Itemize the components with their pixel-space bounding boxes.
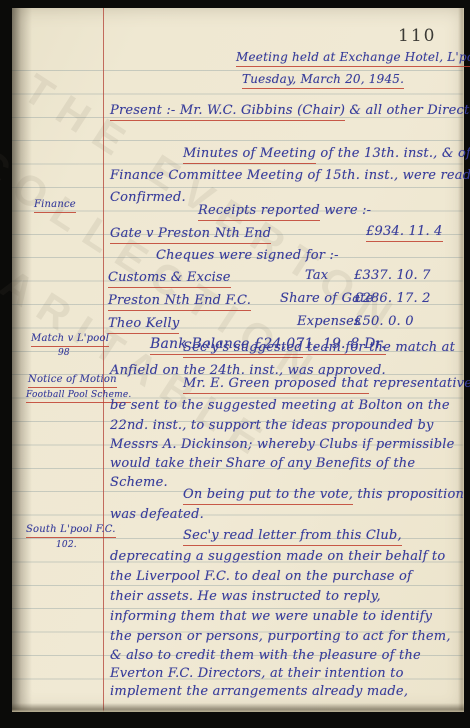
motion-line-3: 22nd. inst., to support the ideas propou… <box>110 418 434 433</box>
cheque-preston-label: Preston Nth End F.C. <box>108 293 251 308</box>
motion-line-2: be sent to the suggested meeting at Bolt… <box>110 398 450 413</box>
handwriting-layer: Meeting held at Exchange Hotel, L'poolTu… <box>12 8 464 712</box>
south-line-6: the person or persons, purporting to act… <box>110 629 451 644</box>
margin-note-finance: Finance <box>34 199 76 210</box>
margin-note-south-number: 102. <box>56 540 77 550</box>
vote-line-1: On being put to the vote, this propositi… <box>183 487 464 502</box>
south-line-2: deprecating a suggestion made on their b… <box>110 549 445 564</box>
motion-line-5: would take their Share of any Benefits o… <box>110 456 415 471</box>
heading-venue: Meeting held at Exchange Hotel, L'pool <box>236 50 470 64</box>
south-line-7: & also to credit them with the pleasure … <box>110 648 421 663</box>
heading-date: Tuesday, March 20, 1945. <box>242 72 404 86</box>
motion-line-6: Scheme. <box>110 475 168 490</box>
receipts-heading: Receipts reported were :- <box>198 203 371 218</box>
south-line-3: the Liverpool F.C. to deal on the purcha… <box>110 569 412 584</box>
match-line-1: Sec'y's suggested team for the match at <box>183 340 455 355</box>
cheque-customs-label: Customs & Excise <box>108 270 231 285</box>
present-line: Present :- Mr. W.C. Gibbins (Chair) & al… <box>110 103 470 118</box>
cheque-kelly-label: Theo Kelly <box>108 316 179 331</box>
motion-line-4: Messrs A. Dickinson; whereby Clubs if pe… <box>110 437 454 452</box>
receipt-gate-amount: £934. 11. 4 <box>366 224 443 239</box>
motion-line-1: Mr. E. Green proposed that representativ… <box>183 376 470 391</box>
south-line-1: Sec'y read letter from this Club, <box>183 528 402 543</box>
margin-note-motion: Notice of Motion <box>28 374 117 385</box>
receipt-gate-label: Gate v Preston Nth End <box>110 226 271 241</box>
cheques-heading: Cheques were signed for :- <box>156 248 339 263</box>
minutes-line-3: Confirmed. <box>110 190 186 205</box>
south-line-9: implement the arrangements already made, <box>110 684 408 699</box>
cheque-customs-purpose: Tax <box>305 268 328 283</box>
margin-note-south: South L'pool F.C. <box>26 524 116 535</box>
ledger-page: THE EVERTON COLLECTION CHARITABLE 110 Me… <box>12 8 464 712</box>
vote-line-2: was defeated. <box>110 507 204 522</box>
margin-note-match: Match v L'pool <box>31 333 109 344</box>
cheque-customs-amount: £337. 10. 7 <box>354 268 431 283</box>
cheque-kelly-amount: £50. 0. 0 <box>354 314 414 329</box>
south-line-8: Everton F.C. Directors, at their intenti… <box>110 666 404 681</box>
minutes-line-2: Finance Committee Meeting of 15th. inst.… <box>110 168 470 183</box>
minutes-line-1: Minutes of Meeting of the 13th. inst., &… <box>183 146 470 161</box>
margin-note-match-number: 98 <box>58 348 70 358</box>
south-line-4: their assets. He was instructed to reply… <box>110 589 381 604</box>
cheque-preston-amount: £286. 17. 2 <box>354 291 431 306</box>
south-line-5: informing them that we were unable to id… <box>110 609 432 624</box>
cheque-kelly-purpose: Expenses <box>297 314 361 329</box>
photo-background: THE EVERTON COLLECTION CHARITABLE 110 Me… <box>0 0 470 728</box>
